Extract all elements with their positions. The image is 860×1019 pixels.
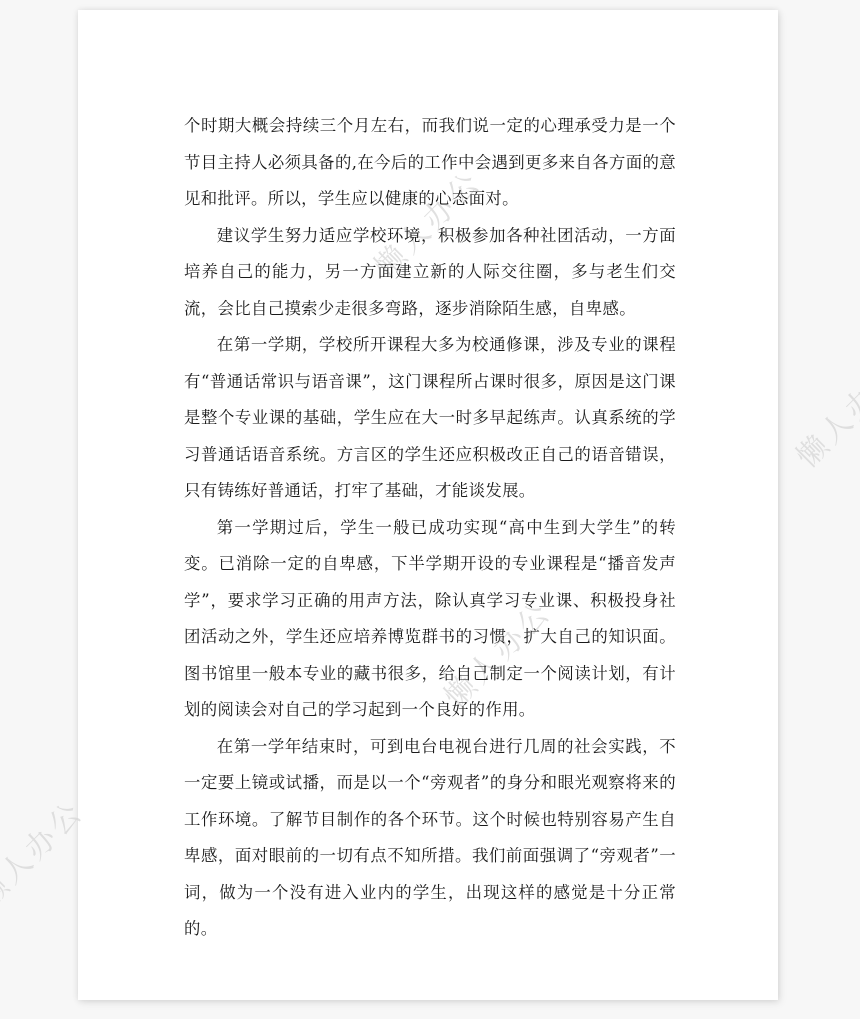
- paragraph: 在第一学期，学校所开课程大多为校通修课，涉及专业的课程有“普通话常识与语音课”，…: [184, 327, 676, 510]
- paragraph: 第一学期过后，学生一般已成功实现“高中生到大学生”的转变。已消除一定的自卑感，下…: [184, 510, 676, 729]
- paragraph: 建议学生努力适应学校环境，积极参加各种社团活动，一方面培养自己的能力，另一方面建…: [184, 218, 676, 328]
- document-page: 懒人办公 懒人办公 个时期大概会持续三个月左右，而我们说一定的心理承受力是一个节…: [78, 10, 778, 1000]
- document-body: 个时期大概会持续三个月左右，而我们说一定的心理承受力是一个节目主持人必须具备的,…: [184, 108, 676, 948]
- paragraph: 个时期大概会持续三个月左右，而我们说一定的心理承受力是一个节目主持人必须具备的,…: [184, 108, 676, 218]
- paragraph: 在第一学年结束时，可到电台电视台进行几周的社会实践，不一定要上镜或试播，而是以一…: [184, 729, 676, 948]
- watermark: 懒人办公: [784, 348, 860, 475]
